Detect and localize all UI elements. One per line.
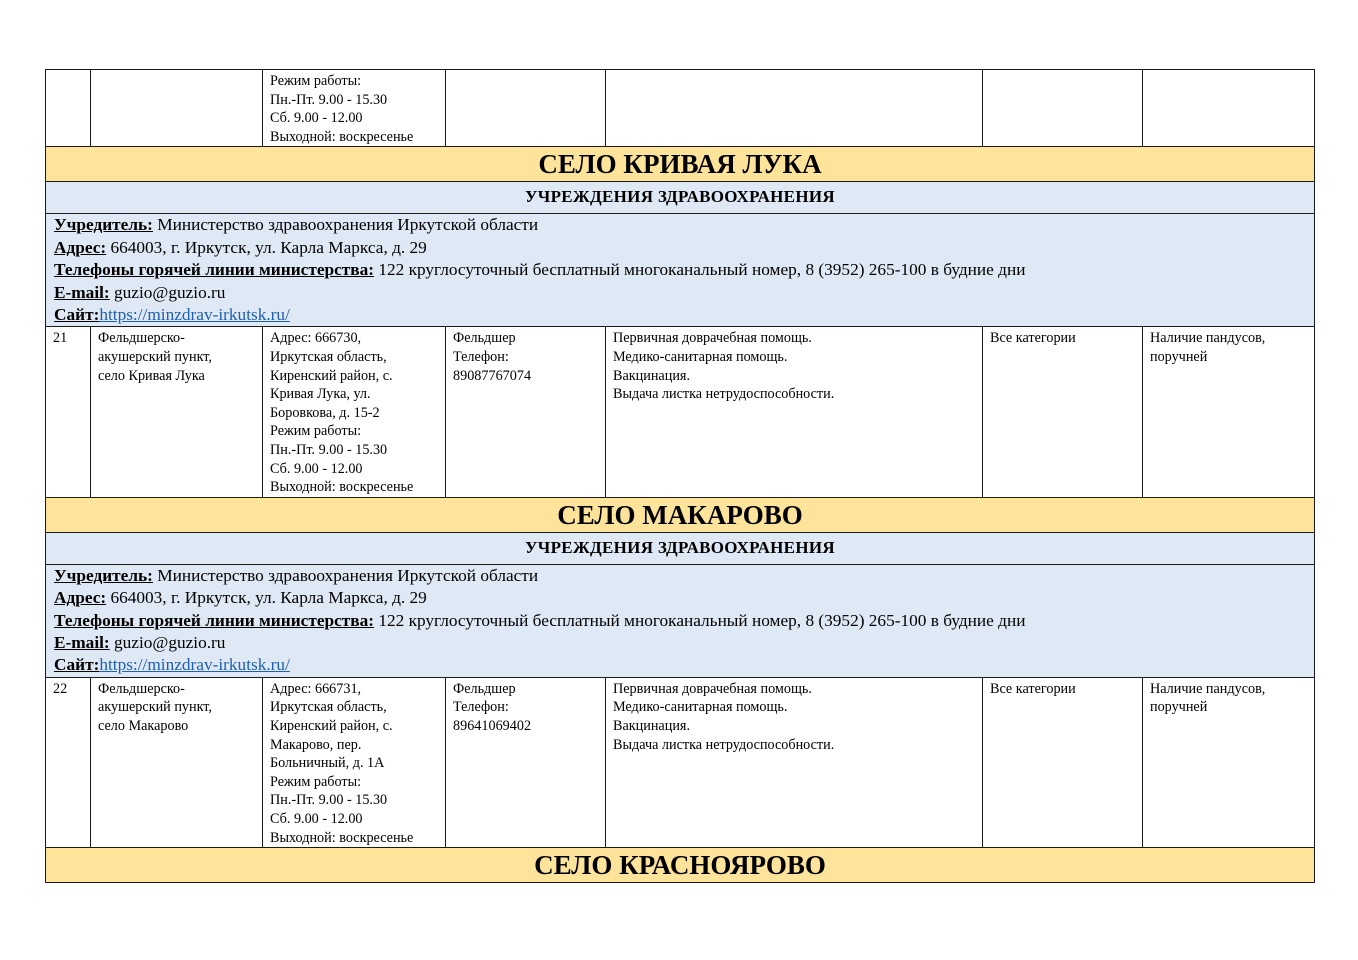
founder-info: Учредитель: Министерство здравоохранения…: [46, 214, 1315, 327]
cell-name: Фельдшерско- акушерский пункт, село Крив…: [91, 327, 263, 497]
cell-accessibility: Наличие пандусов, поручней: [1143, 327, 1315, 497]
cell-accessibility: [1143, 70, 1315, 147]
address-label: Адрес:: [54, 238, 106, 257]
location-title: СЕЛО МАКАРОВО: [46, 497, 1315, 532]
location-title: СЕЛО КРИВАЯ ЛУКА: [46, 147, 1315, 182]
cell-accessibility: Наличие пандусов, поручней: [1143, 677, 1315, 847]
cell-categories: Все категории: [983, 327, 1143, 497]
cell-contact: Фельдшер Телефон: 89087767074: [446, 327, 606, 497]
cell-services: Первичная доврачебная помощь. Медико-сан…: [606, 677, 983, 847]
table-row: 21 Фельдшерско- акушерский пункт, село К…: [46, 327, 1315, 497]
institutions-heading: УЧРЕЖДЕНИЯ ЗДРАВООХРАНЕНИЯ: [46, 532, 1315, 564]
founder-label: Учредитель:: [54, 215, 153, 234]
hotline-label: Телефоны горячей линии министерства:: [54, 611, 374, 630]
hotline-value: 122 круглосуточный бесплатный многоканал…: [374, 260, 1025, 279]
founder-value: Министерство здравоохранения Иркутской о…: [153, 566, 538, 585]
institutions-heading: УЧРЕЖДЕНИЯ ЗДРАВООХРАНЕНИЯ: [46, 182, 1315, 214]
cell-categories: [983, 70, 1143, 147]
address-value: 664003, г. Иркутск, ул. Карла Маркса, д.…: [106, 588, 427, 607]
founder-info: Учредитель: Министерство здравоохранения…: [46, 564, 1315, 677]
address-value: 664003, г. Иркутск, ул. Карла Маркса, д.…: [106, 238, 427, 257]
hotline-label: Телефоны горячей линии министерства:: [54, 260, 374, 279]
cell-address: Адрес: 666731, Иркутская область, Киренс…: [263, 677, 446, 847]
cell-number: 22: [46, 677, 91, 847]
cell-services: [606, 70, 983, 147]
founder-value: Министерство здравоохранения Иркутской о…: [153, 215, 538, 234]
email-label: E-mail:: [54, 283, 110, 302]
address-label: Адрес:: [54, 588, 106, 607]
email-label: E-mail:: [54, 633, 110, 652]
table-row-continued: Режим работы: Пн.-Пт. 9.00 - 15.30 Сб. 9…: [46, 70, 1315, 147]
cell-name: [91, 70, 263, 147]
cell-address: Режим работы: Пн.-Пт. 9.00 - 15.30 Сб. 9…: [263, 70, 446, 147]
cell-categories: Все категории: [983, 677, 1143, 847]
cell-contact: [446, 70, 606, 147]
email-value: guzio@guzio.ru: [110, 283, 226, 302]
email-value: guzio@guzio.ru: [110, 633, 226, 652]
cell-services: Первичная доврачебная помощь. Медико-сан…: [606, 327, 983, 497]
hotline-value: 122 круглосуточный бесплатный многоканал…: [374, 611, 1025, 630]
cell-contact: Фельдшер Телефон: 89641069402: [446, 677, 606, 847]
site-label: Сайт:: [54, 305, 99, 324]
cell-name: Фельдшерско- акушерский пункт, село Мака…: [91, 677, 263, 847]
site-link[interactable]: https://minzdrav-irkutsk.ru/: [99, 305, 290, 324]
cell-address: Адрес: 666730, Иркутская область, Киренс…: [263, 327, 446, 497]
site-link[interactable]: https://minzdrav-irkutsk.ru/: [99, 655, 290, 674]
facilities-table: Режим работы: Пн.-Пт. 9.00 - 15.30 Сб. 9…: [45, 69, 1315, 883]
founder-label: Учредитель:: [54, 566, 153, 585]
table-row: 22 Фельдшерско- акушерский пункт, село М…: [46, 677, 1315, 847]
cell-number: 21: [46, 327, 91, 497]
site-label: Сайт:: [54, 655, 99, 674]
location-title: СЕЛО КРАСНОЯРОВО: [46, 848, 1315, 883]
cell-number: [46, 70, 91, 147]
